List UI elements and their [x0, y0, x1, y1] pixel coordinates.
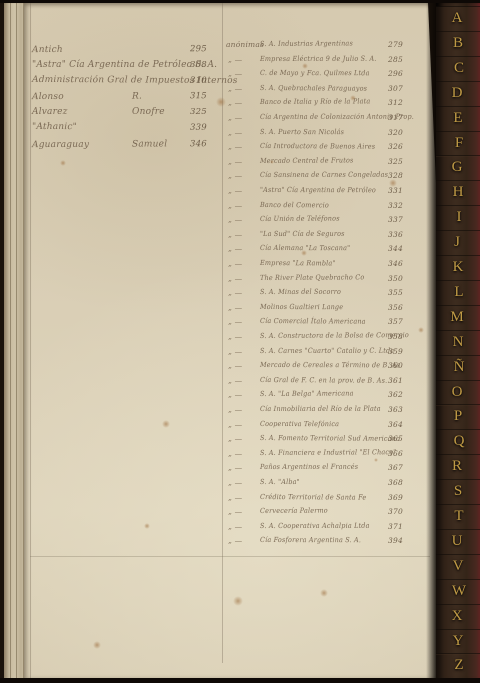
entry-page-number: 285: [388, 55, 403, 64]
entry-page-number: 312: [388, 98, 403, 107]
ledger-entry-row: „ —S. A. Carnes "Cuarto" Catalio y C. Lt…: [24, 347, 458, 361]
index-tab-letter: C: [437, 56, 480, 81]
ditto-mark: „ —: [228, 420, 242, 429]
ledger-entry-row: „ —"Astra" Cía Argentina de Petróleo331: [24, 186, 458, 200]
ledger-entry-row: „ —Cía Introductora de Buenos Aires326: [24, 142, 458, 156]
entry-company-name: S. A. Constructora de la Bolsa de Comerc…: [260, 331, 409, 340]
entry-page-number: 364: [388, 420, 403, 429]
ledger-entry-row: „ —"La Sud" Cía de Seguros336: [24, 230, 458, 244]
index-tab-letter: E: [436, 106, 480, 131]
entry-page-number: 366: [388, 449, 403, 458]
entry-page-number: 361: [388, 376, 403, 385]
entry-company-name: S. A. Quebrachales Paraguayos: [260, 84, 367, 93]
index-tab-letter: N: [436, 330, 480, 355]
ditto-mark: „ —: [228, 201, 242, 210]
ledger-entry-row: „ —S. A. "La Belga" Americana362: [24, 390, 458, 404]
entry-page-number: 320: [388, 128, 403, 137]
index-tab-letter: K: [436, 255, 480, 280]
entry-page-number: 369: [388, 493, 403, 502]
entry-company-name: Cía Gral de F. C. en la prov. de B. As.: [260, 376, 387, 385]
ditto-mark: „ —: [228, 55, 242, 64]
ditto-mark: „ —: [228, 463, 242, 472]
ditto-mark: „ —: [228, 449, 242, 458]
entry-page-number: 358: [388, 332, 403, 341]
ledger-entry-row: „ —Banco de Italia y Río de la Plata312: [24, 98, 458, 112]
entry-company-name: Cía Unión de Teléfonos: [260, 215, 340, 223]
entry-page-number: 325: [388, 157, 403, 166]
index-tab-letter: G: [435, 155, 479, 180]
scanned-ledger-photo: Antich295"Astra" Cía Argentina de Petról…: [0, 0, 480, 683]
entry-page-number: 317: [388, 113, 403, 122]
ledger-entry-row: „ —Cooperativa Telefónica364: [24, 420, 458, 434]
ledger-entry-row: „ —S. A. "Alba"368: [24, 478, 458, 492]
entry-company-name: "La Sud" Cía de Seguros: [260, 230, 345, 238]
page-edge-line: [23, 2, 24, 680]
entry-company-name: Mercado Central de Frutos: [260, 156, 354, 165]
ditto-mark: „ —: [228, 230, 242, 239]
index-tab-letter: S: [436, 479, 480, 504]
entry-page-number: 346: [388, 259, 403, 268]
entry-company-name: S. A. Industrias Argentinas: [260, 39, 353, 48]
entry-company-name: Cía Sansinena de Carnes Congeladas: [260, 171, 388, 179]
entry-page-number: 337: [388, 215, 403, 224]
page-edge-line: [16, 2, 17, 680]
entry-page-number: 344: [388, 244, 403, 253]
index-tab-letter: T: [437, 504, 480, 529]
index-tab-letter: H: [436, 180, 480, 205]
ditto-mark: „ —: [228, 317, 242, 326]
ledger-entry-row: „ —Mercado Central de Frutos325: [24, 157, 458, 171]
ledger-entry-row: „ —The River Plate Quebracho Co350: [24, 274, 458, 288]
entry-company-name: "Astra" Cía Argentina de Petróleo: [260, 186, 376, 194]
right-entry-column: anónimasS. A. Industrias Argentinas279„ …: [24, 3, 458, 679]
ledger-entry-row: „ —S. A. Minas del Socorro355: [24, 288, 458, 302]
ledger-entry-row: anónimasS. A. Industrias Argentinas279: [24, 40, 458, 54]
ditto-mark: „ —: [228, 434, 242, 443]
ledger-entry-row: „ —Cía Fosforera Argentina S. A.394: [24, 536, 458, 550]
ledger-page: Antich295"Astra" Cía Argentina de Petról…: [24, 3, 458, 679]
entry-page-number: 326: [388, 142, 403, 151]
entry-company-name: Cooperativa Telefónica: [260, 420, 339, 428]
entry-company-name: S. A. Minas del Socorro: [260, 288, 341, 296]
ditto-mark: „ —: [228, 259, 242, 268]
ledger-entry-row: „ —S. A. Puerto San Nicolás320: [24, 128, 458, 142]
ditto-mark: „ —: [228, 128, 242, 137]
index-tab-letter: Q: [437, 429, 480, 454]
index-tab-letter: M: [435, 305, 479, 330]
ditto-mark: „ —: [228, 113, 242, 122]
ditto-mark: „ —: [228, 98, 242, 107]
ditto-mark: „ —: [228, 274, 242, 283]
entry-company-name: Banco de Italia y Río de la Plata: [260, 98, 370, 107]
ditto-mark: „ —: [228, 215, 242, 224]
ditto-mark: „ —: [228, 493, 242, 502]
ditto-mark: „ —: [228, 303, 242, 312]
index-tab-letter: X: [435, 604, 479, 629]
ditto-mark: „ —: [228, 405, 242, 414]
entry-company-name: S. A. Cooperativa Achalpia Ltda: [260, 522, 370, 530]
entry-page-number: 296: [388, 69, 403, 78]
ditto-mark: „ —: [228, 186, 242, 195]
entry-company-name: C. de Mayo y Fca. Quilmes Ltda: [260, 69, 370, 77]
ledger-entry-row: „ —S. A. Fomento Territorial Sud America…: [24, 434, 458, 448]
index-tab-letter: D: [435, 81, 479, 106]
entry-page-number: 371: [388, 522, 403, 531]
index-tab-letter: Y: [436, 629, 480, 654]
entry-page-number: 365: [388, 434, 403, 443]
index-tab-letter: L: [437, 280, 480, 305]
alphabet-tab-strip: ABCDEFGHIJKLMNÑOPQRSTUVWXYZ: [436, 0, 480, 683]
entry-page-number: 336: [388, 230, 403, 239]
entry-company-name: S. A. Carnes "Cuarto" Catalio y C. Ltda: [260, 346, 394, 354]
ledger-entry-row: „ —S. A. Constructora de la Bolsa de Com…: [24, 332, 458, 346]
ledger-entry-row: „ —Empresa "La Rambla"346: [24, 259, 458, 273]
entry-company-name: Crédito Territorial de Santa Fe: [260, 493, 366, 502]
index-tab-letter: A: [435, 6, 479, 31]
entry-company-name: Molinos Gualtieri Lange: [260, 303, 343, 311]
index-tab-letter: O: [435, 380, 479, 405]
entry-company-name: S. A. Fomento Territorial Sud Americano: [260, 434, 400, 443]
index-tab-letter: V: [436, 554, 480, 579]
ledger-entry-row: „ —Crédito Territorial de Santa Fe369: [24, 493, 458, 507]
entry-company-name: S. A. "Alba": [260, 478, 300, 486]
index-tab-letter: Ñ: [437, 355, 480, 380]
entry-company-name: Cía Alemana "La Toscana": [260, 244, 350, 252]
ditto-mark: „ —: [228, 332, 242, 341]
entry-company-name: S. A. Financiera e Industrial "El Chaco": [260, 448, 396, 457]
entry-page-number: 368: [388, 478, 403, 487]
entry-page-number: 328: [388, 171, 403, 180]
ditto-mark: „ —: [228, 347, 242, 356]
ledger-entry-row: „ —C. de Mayo y Fca. Quilmes Ltda296: [24, 69, 458, 83]
entry-page-number: 363: [388, 405, 403, 414]
entry-company-name: Cía Fosforera Argentina S. A.: [260, 536, 361, 544]
ditto-mark: „ —: [228, 376, 242, 385]
ditto-mark: „ —: [228, 522, 242, 531]
index-tab-letter: B: [436, 31, 480, 56]
entry-page-number: 367: [388, 463, 403, 472]
ditto-mark: „ —: [228, 142, 242, 151]
entry-page-number: 332: [388, 201, 403, 210]
ledger-entry-row: „ —Cervecería Palermo370: [24, 507, 458, 521]
ledger-entry-row: „ —Cía Alemana "La Toscana"344: [24, 244, 458, 258]
index-tab-letter: J: [435, 230, 479, 255]
entry-page-number: 370: [388, 507, 403, 516]
entry-page-number: 359: [388, 347, 403, 356]
index-tab-letter: U: [435, 529, 479, 554]
ledger-entry-row: „ —Cía Comercial Ítalo Americana357: [24, 317, 458, 331]
ditto-mark: „ —: [228, 288, 242, 297]
entry-page-number: 350: [388, 274, 403, 283]
index-tab-letter: R: [435, 454, 479, 479]
ditto-mark: „ —: [228, 390, 242, 399]
entry-company-name: The River Plate Quebracho Co: [260, 273, 364, 282]
ledger-entry-row: „ —Empresa Eléctrica 9 de Julio S. A.285: [24, 55, 458, 69]
entry-page-number: 355: [388, 288, 403, 297]
entry-company-name: S. A. Puerto San Nicolás: [260, 128, 344, 136]
ditto-mark: „ —: [228, 157, 242, 166]
index-tab-letter: I: [437, 205, 480, 230]
entry-company-name: Banco del Comercio: [260, 201, 329, 209]
page-edge-line: [10, 2, 11, 680]
index-tab-letter: P: [436, 404, 480, 429]
ledger-entry-row: „ —S. A. Cooperativa Achalpia Ltda371: [24, 522, 458, 536]
entry-company-name: Empresa Eléctrica 9 de Julio S. A.: [260, 54, 377, 62]
book-bottom-edge: [0, 678, 480, 683]
ledger-entry-row: „ —Cía Argentina de Colonización Antonio…: [24, 113, 458, 127]
ditto-mark: „ —: [228, 84, 242, 93]
entry-page-number: 362: [388, 390, 403, 399]
entry-page-number: 331: [388, 186, 403, 195]
ledger-entry-row: „ —S. A. Financiera e Industrial "El Cha…: [24, 449, 458, 463]
entry-page-number: 394: [388, 536, 403, 545]
entry-page-number: 279: [388, 40, 403, 49]
entry-company-name: Paños Argentinos el Francés: [260, 463, 358, 471]
ditto-mark: „ —: [228, 244, 242, 253]
group-label-anonimas: anónimas: [226, 40, 264, 49]
ditto-mark: „ —: [228, 507, 242, 516]
entry-company-name: Cervecería Palermo: [260, 507, 328, 515]
ledger-entry-row: „ —Cía Sansinena de Carnes Congeladas328: [24, 171, 458, 185]
ditto-mark: „ —: [228, 69, 242, 78]
entry-company-name: S. A. "La Belga" Americana: [260, 390, 354, 399]
entry-page-number: 307: [388, 84, 403, 93]
ditto-mark: „ —: [228, 536, 242, 545]
entry-company-name: Empresa "La Rambla": [260, 259, 336, 267]
index-tab-letter: W: [437, 579, 480, 604]
ditto-mark: „ —: [228, 478, 242, 487]
entry-page-number: 356: [388, 303, 403, 312]
ledger-entry-row: „ —Banco del Comercio332: [24, 201, 458, 215]
entry-company-name: Mercado de Cereales a Término de B. As.: [260, 361, 402, 369]
ledger-entry-row: „ —S. A. Quebrachales Paraguayos307: [24, 84, 458, 98]
entry-company-name: Cía Comercial Ítalo Americana: [260, 317, 366, 326]
book-top-edge: [0, 0, 480, 3]
entry-company-name: Cía Inmobiliaria del Río de la Plata: [260, 405, 381, 413]
ditto-mark: „ —: [228, 171, 242, 180]
entry-page-number: 360: [388, 361, 403, 370]
ledger-entry-row: „ —Cía Unión de Teléfonos337: [24, 215, 458, 229]
ledger-entry-row: „ —Cía Gral de F. C. en la prov. de B. A…: [24, 376, 458, 390]
entry-page-number: 357: [388, 317, 403, 326]
entry-company-name: Cía Introductora de Buenos Aires: [260, 142, 375, 151]
ledger-entry-row: „ —Molinos Gualtieri Lange356: [24, 303, 458, 317]
ledger-entry-row: „ —Cía Inmobiliaria del Río de la Plata3…: [24, 405, 458, 419]
ledger-entry-row: „ —Mercado de Cereales a Término de B. A…: [24, 361, 458, 375]
index-tab-letter: Z: [437, 653, 480, 678]
ditto-mark: „ —: [228, 361, 242, 370]
ledger-entry-row: „ —Paños Argentinos el Francés367: [24, 463, 458, 477]
index-tab-letter: F: [437, 131, 480, 156]
